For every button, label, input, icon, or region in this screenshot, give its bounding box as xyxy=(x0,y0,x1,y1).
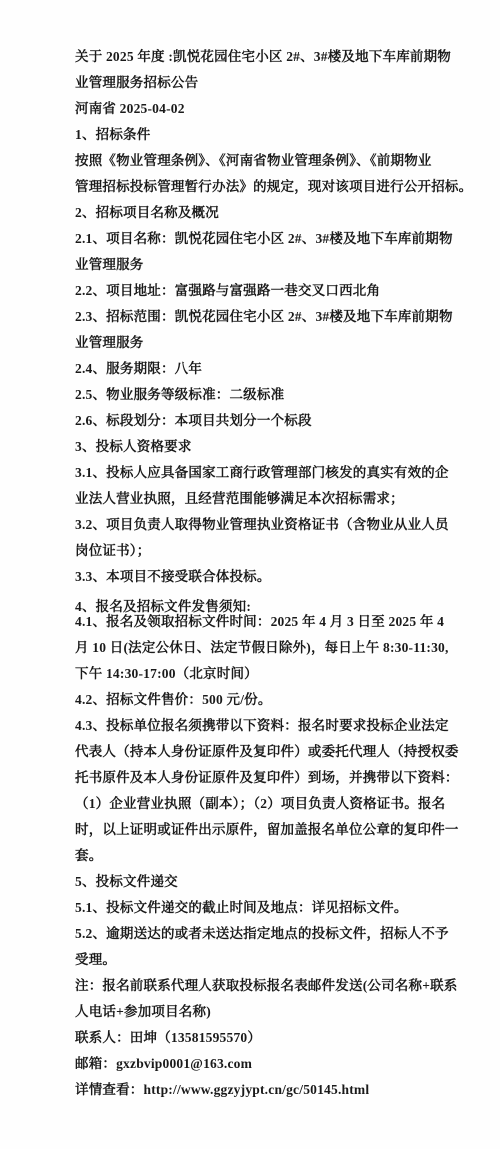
text-line-body: 3.3、本项目不接受联合体投标。 xyxy=(75,564,430,590)
text-line-body: 代表人（持本人身份证原件及复印件）或委托代理人（持授权委 xyxy=(75,739,430,765)
text-line-body: 受理。 xyxy=(75,947,430,973)
document-body: 关于 2025 年度 :凯悦花园住宅小区 2#、3#楼及地下车库前期物业管理服务… xyxy=(75,44,430,1103)
text-line-body: 月 10 日(法定公休日、法定节假日除外)，每日上午 8:30-11:30, xyxy=(75,635,430,661)
text-line-body: 邮箱：gxzbvip0001@163.com xyxy=(75,1051,430,1077)
text-line-body: 4.2、招标文件售价：500 元/份。 xyxy=(75,687,430,713)
text-line-body: 2.4、服务期限：八年 xyxy=(75,356,430,382)
text-line-heading: 5、投标文件递交 xyxy=(75,869,430,895)
text-line-body: 详情查看：http://www.ggzyjypt.cn/gc/50145.htm… xyxy=(75,1077,430,1103)
text-line-heading: 1、招标条件 xyxy=(75,122,430,148)
text-line-body: 岗位证书）； xyxy=(75,538,430,564)
text-line-heading: 3、投标人资格要求 xyxy=(75,434,430,460)
text-line-body: 2.1、项目名称：凯悦花园住宅小区 2#、3#楼及地下车库前期物 xyxy=(75,226,430,252)
text-line-title: 关于 2025 年度 :凯悦花园住宅小区 2#、3#楼及地下车库前期物 xyxy=(75,44,430,70)
text-line-body: 2.2、项目地址：富强路与富强路一巷交叉口西北角 xyxy=(75,278,430,304)
text-line-body: 2.5、物业服务等级标准：二级标准 xyxy=(75,382,430,408)
text-line-heading: 2、招标项目名称及概况 xyxy=(75,200,430,226)
text-line-body: 业管理服务 xyxy=(75,252,430,278)
text-line-body: 套。 xyxy=(75,843,430,869)
text-line-body: 2.3、招标范围：凯悦花园住宅小区 2#、3#楼及地下车库前期物 xyxy=(75,304,430,330)
text-line-body: 下午 14:30-17:00（北京时间） xyxy=(75,661,430,687)
text-line-body: 5.2、逾期送达的或者未送达指定地点的投标文件，招标人不予 xyxy=(75,921,430,947)
text-line-body: 人电话+参加项目名称) xyxy=(75,999,430,1025)
text-line-body: 业法人营业执照，且经营范围能够满足本次招标需求； xyxy=(75,486,430,512)
text-line-body: 4.1、报名及领取招标文件时间：2025 年 4 月 3 日至 2025 年 4 xyxy=(75,609,430,635)
text-line-body: 托书原件及本人身份证原件及复印件）到场，并携带以下资料： xyxy=(75,765,430,791)
text-line-body: 联系人：田坤（13581595570） xyxy=(75,1025,430,1051)
text-line-body: （1）企业营业执照（副本）；（2）项目负责人资格证书。报名 xyxy=(75,791,430,817)
text-line-body: 按照《物业管理条例》、《河南省物业管理条例》、《前期物业 xyxy=(75,148,430,174)
text-line-body: 管理招标投标管理暂行办法》的规定，现对该项目进行公开招标。 xyxy=(75,174,430,200)
text-line-body: 4.3、投标单位报名须携带以下资料：报名时要求投标企业法定 xyxy=(75,713,430,739)
text-line-title: 业管理服务招标公告 xyxy=(75,70,430,96)
text-line-body: 业管理服务 xyxy=(75,330,430,356)
text-line-body: 3.1、投标人应具备国家工商行政管理部门核发的真实有效的企 xyxy=(75,460,430,486)
text-line-meta: 河南省 2025-04-02 xyxy=(75,96,430,122)
text-line-body: 注：报名前联系代理人获取投标报名表邮件发送(公司名称+联系 xyxy=(75,973,430,999)
text-line-body: 2.6、标段划分：本项目共划分一个标段 xyxy=(75,408,430,434)
document-page: 关于 2025 年度 :凯悦花园住宅小区 2#、3#楼及地下车库前期物业管理服务… xyxy=(0,0,500,1149)
text-line-body: 时，以上证明或证件出示原件，留加盖报名单位公章的复印件一 xyxy=(75,817,430,843)
text-line-body: 5.1、投标文件递交的截止时间及地点：详见招标文件。 xyxy=(75,895,430,921)
text-line-body: 3.2、项目负责人取得物业管理执业资格证书（含物业从业人员 xyxy=(75,512,430,538)
